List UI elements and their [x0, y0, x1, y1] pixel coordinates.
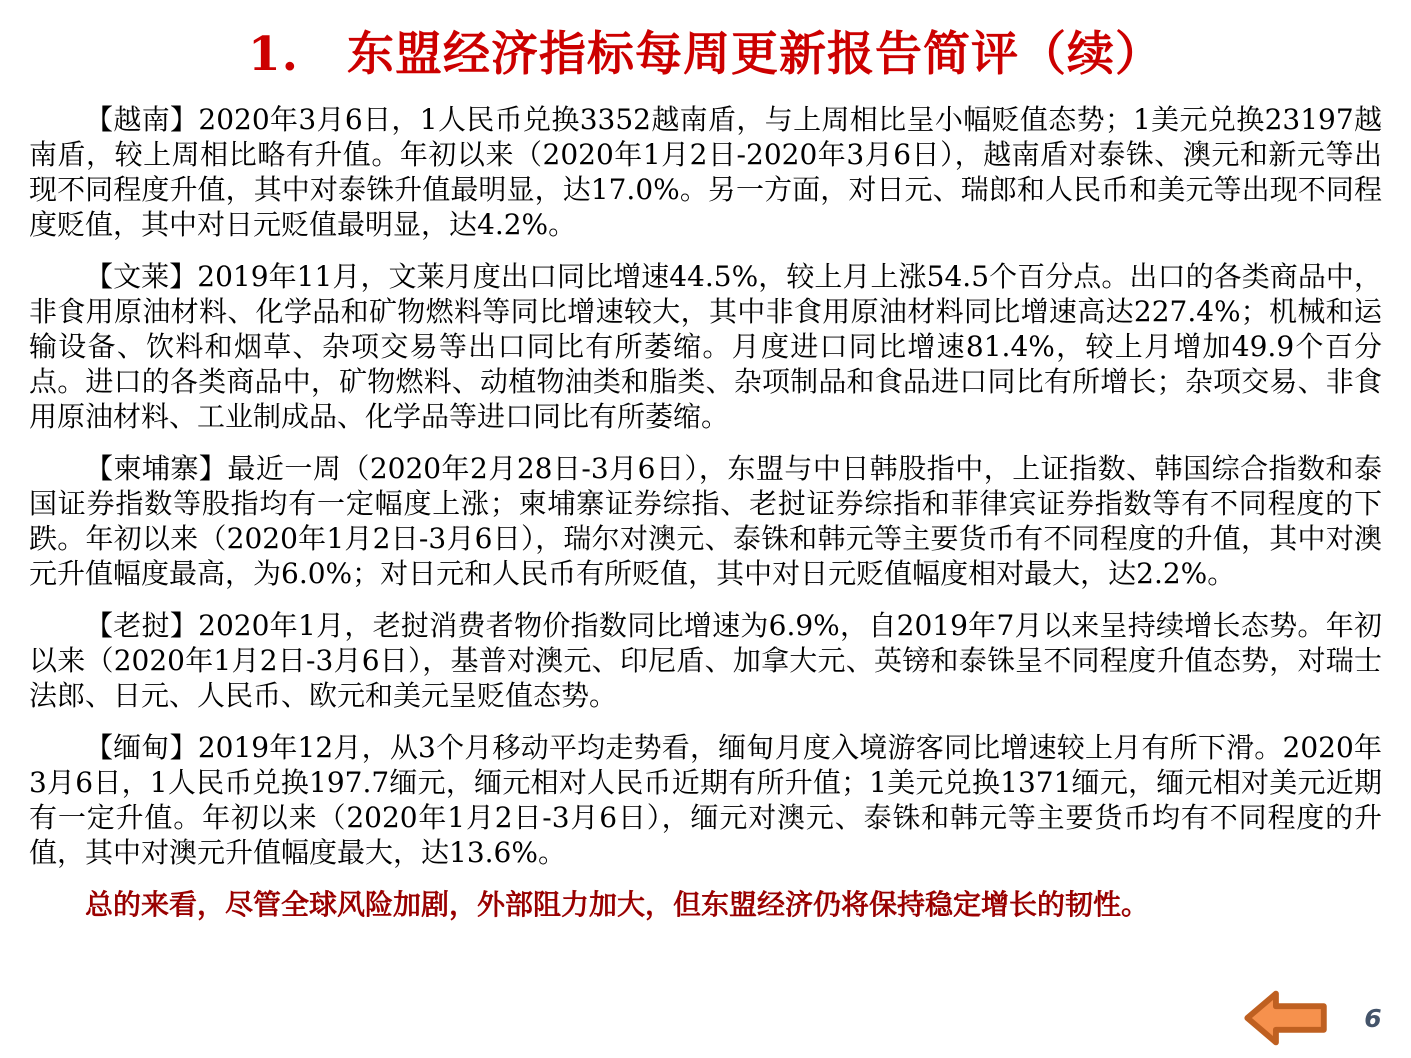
paragraph-cambodia: 【柬埔寨】最近一周（2020年2月28日-3月6日），东盟与中日韩股指中，上证指…	[29, 451, 1382, 591]
slide: 1. 东盟经济指标每周更新报告简评（续） 【越南】2020年3月6日，1人民币兑…	[0, 0, 1411, 1058]
page-title: 1. 东盟经济指标每周更新报告简评（续）	[40, 0, 1371, 86]
report-body: 【越南】2020年3月6日，1人民币兑换3352越南盾，与上周相比呈小幅贬值态势…	[0, 86, 1411, 922]
conclusion-text: 总的来看，尽管全球风险加剧，外部阻力加大，但东盟经济仍将保持稳定增长的韧性。	[29, 887, 1382, 922]
paragraph-brunei: 【文莱】2019年11月，文莱月度出口同比增速44.5%，较上月上涨54.5个百…	[29, 259, 1382, 434]
page-number: 6	[1358, 1004, 1388, 1033]
paragraph-vietnam: 【越南】2020年3月6日，1人民币兑换3352越南盾，与上周相比呈小幅贬值态势…	[29, 102, 1382, 242]
left-arrow-icon	[1244, 988, 1328, 1048]
back-arrow-button[interactable]	[1244, 988, 1328, 1048]
paragraph-myanmar: 【缅甸】2019年12月，从3个月移动平均走势看，缅甸月度入境游客同比增速较上月…	[29, 730, 1382, 870]
paragraph-laos: 【老挝】2020年1月，老挝消费者物价指数同比增速为6.9%，自2019年7月以…	[29, 608, 1382, 713]
